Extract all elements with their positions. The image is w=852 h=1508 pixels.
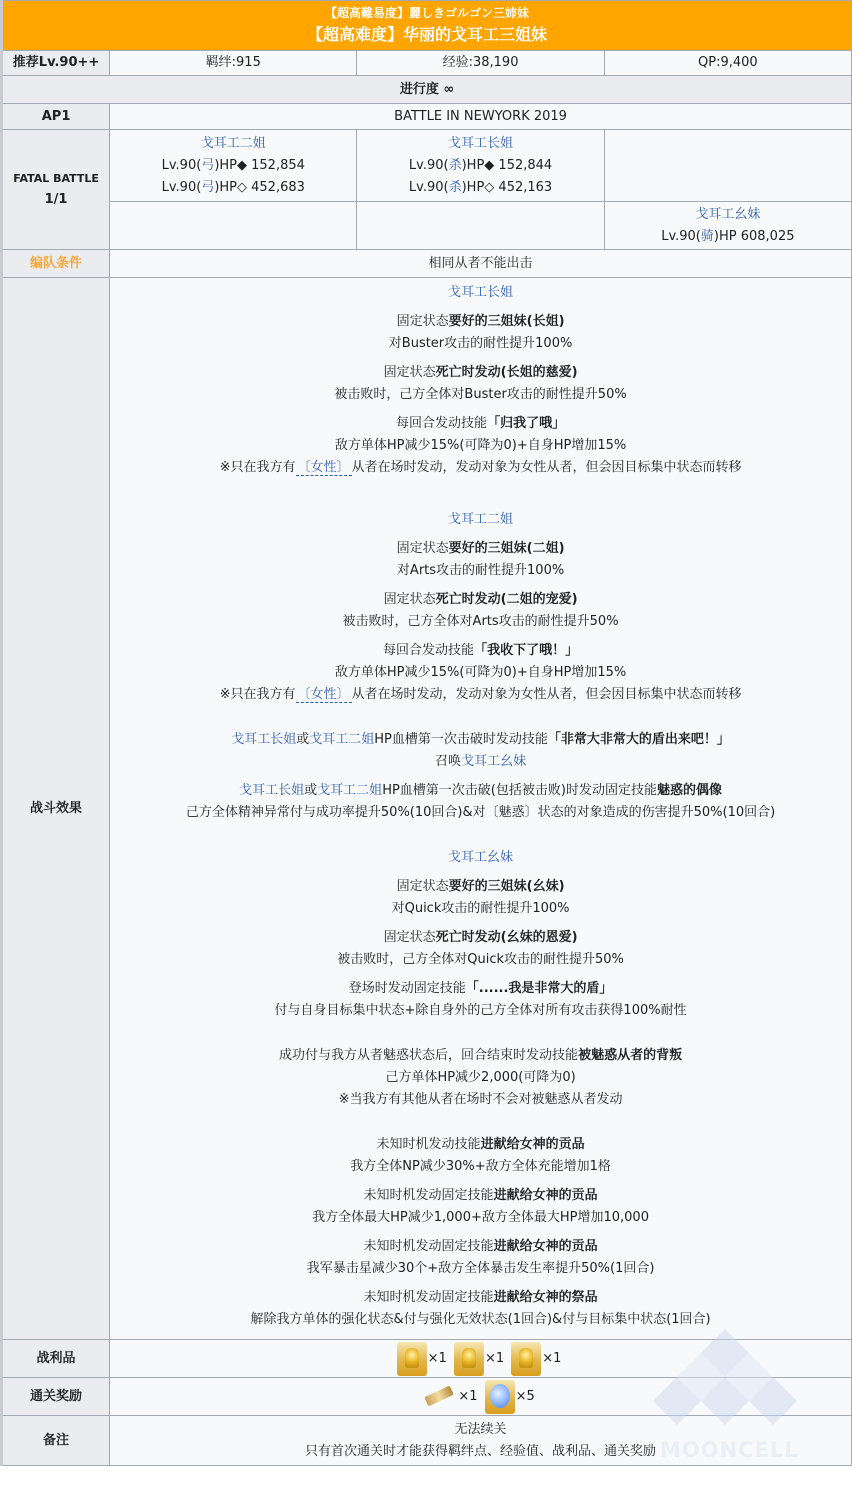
enemy-slot-empty bbox=[604, 130, 851, 202]
drops-label: 战利品 bbox=[2, 1340, 110, 1378]
skill-type: 每回合发动技能 bbox=[383, 643, 474, 658]
skill-name: 死亡时发动(长姐的慈爱) bbox=[436, 365, 578, 380]
enemy-level: Lv.90( bbox=[661, 229, 701, 244]
golden-statue-icon[interactable] bbox=[511, 1342, 541, 1376]
wave-count: 1/1 bbox=[3, 189, 109, 211]
notes-value: 无法续关 只有首次通关时才能获得羁绊点、经验值、战利品、通关奖励 bbox=[110, 1416, 852, 1466]
skill-name: 进献给女神的贡品 bbox=[481, 1137, 585, 1152]
skill-type: 固定状态 bbox=[397, 314, 449, 329]
bond-value: 羁绊:915 bbox=[110, 51, 357, 76]
class-archer-link[interactable]: 弓 bbox=[201, 158, 214, 173]
skill-desc: 我方全体NP减少30%+敌方全体充能增加1格 bbox=[110, 1156, 851, 1178]
skill-desc: 解除我方单体的强化状态&付与强化无效状态(1回合)&付与目标集中状态(1回合) bbox=[110, 1309, 851, 1331]
enemy-level: Lv.90( bbox=[409, 158, 449, 173]
drops-list: ×1 ×1 ×1 bbox=[110, 1340, 852, 1378]
exp-value: 经验:38,190 bbox=[357, 51, 604, 76]
skill-type: 登场时发动固定技能 bbox=[349, 981, 466, 996]
trait-female-link[interactable]: 〔女性〕 bbox=[296, 460, 352, 476]
rewards-list: ×1 ×5 bbox=[110, 1378, 852, 1416]
ap-cost: AP1 bbox=[2, 104, 110, 130]
skill-desc: 己方全体精神异常付与成功率提升50%(10回合)&对〔魅惑〕状态的对象造成的伤害… bbox=[110, 802, 851, 824]
note-text: ※当我方有其他从者在场时不会对被魅惑从者发动 bbox=[110, 1089, 851, 1111]
enemy-second-sister: 戈耳工二姐 Lv.90(弓)HP◆ 152,854 Lv.90(弓)HP◇ 45… bbox=[110, 130, 357, 202]
enemy-name-link[interactable]: 戈耳工长姐 bbox=[239, 783, 304, 798]
enemy-name-link[interactable]: 戈耳工长姐 bbox=[231, 732, 296, 747]
skill-desc: 召唤 bbox=[435, 754, 461, 769]
skill-type: 未知时机发动固定技能 bbox=[364, 1290, 494, 1305]
skill-name: 进献给女神的祭品 bbox=[494, 1290, 598, 1305]
skill-desc: 敌方单体HP减少15%(可降为0)+自身HP增加15% bbox=[110, 435, 851, 457]
enemy-hp: )HP 608,025 bbox=[714, 229, 795, 244]
skill-type: HP血槽第一次击破时发动技能 bbox=[374, 732, 548, 747]
trait-female-link[interactable]: 〔女性〕 bbox=[296, 687, 352, 703]
enemy-hp: )HP◆ 152,844 bbox=[462, 158, 553, 173]
rewards-label: 通关奖励 bbox=[2, 1378, 110, 1416]
skill-desc: 敌方单体HP减少15%(可降为0)+自身HP增加15% bbox=[110, 662, 851, 684]
enemy-name-link[interactable]: 戈耳工二姐 bbox=[317, 783, 382, 798]
note-text: ※只在我方有 bbox=[220, 687, 296, 702]
golden-statue-icon[interactable] bbox=[454, 1342, 484, 1376]
note-text: ※只在我方有 bbox=[220, 460, 296, 475]
skill-type: 固定状态 bbox=[384, 930, 436, 945]
note-text: 从者在场时发动，发动对象为女性从者，但会因目标集中状态而转移 bbox=[352, 460, 742, 475]
skill-name: 被魅惑从者的背叛 bbox=[578, 1048, 682, 1063]
enemy-name-link[interactable]: 戈耳工长姐 bbox=[448, 136, 513, 151]
skill-name: 「......我是非常大的盾」 bbox=[466, 981, 613, 996]
enemy-name-link[interactable]: 戈耳工幺妹 bbox=[461, 754, 526, 769]
enemy-name-link[interactable]: 戈耳工幺妹 bbox=[695, 207, 760, 222]
note-line: 只有首次通关时才能获得羁绊点、经验值、战利品、通关奖励 bbox=[110, 1441, 851, 1463]
skill-type: 未知时机发动技能 bbox=[377, 1137, 481, 1152]
skill-type: 成功付与我方从者魅惑状态后，回合结束时发动技能 bbox=[279, 1048, 578, 1063]
battle-effects: 戈耳工长姐 固定状态要好的三姐妹(长姐) 对Buster攻击的耐性提升100% … bbox=[110, 278, 852, 1340]
skill-desc: 我方全体最大HP减少1,000+敌方全体最大HP增加10,000 bbox=[110, 1207, 851, 1229]
item-count: ×1 bbox=[458, 1389, 477, 1404]
skill-name: 「非常大非常大的盾出来吧！」 bbox=[548, 732, 730, 747]
class-archer-link[interactable]: 弓 bbox=[201, 180, 214, 195]
skill-desc: 被击败时，己方全体对Buster攻击的耐性提升50% bbox=[110, 384, 851, 406]
notes-label: 备注 bbox=[2, 1416, 110, 1466]
skill-name: 进献给女神的贡品 bbox=[494, 1239, 598, 1254]
quest-title-jp: 【超高難易度】麗しきゴルゴン三姉妹 bbox=[3, 3, 851, 23]
skill-type: 每回合发动技能 bbox=[396, 416, 487, 431]
skill-type: 固定状态 bbox=[397, 541, 449, 556]
skill-type: 未知时机发动固定技能 bbox=[364, 1239, 494, 1254]
fatal-battle-label: FATAL BATTLE 1/1 bbox=[2, 130, 110, 250]
enemy-level: Lv.90( bbox=[162, 158, 202, 173]
class-assassin-link[interactable]: 杀 bbox=[449, 180, 462, 195]
skill-desc: 我军暴击星减少30个+敌方全体暴击发生率提升50%(1回合) bbox=[110, 1258, 851, 1280]
enemy-level: Lv.90( bbox=[162, 180, 202, 195]
enemy-name-link[interactable]: 戈耳工幺妹 bbox=[448, 850, 513, 865]
skill-name: 死亡时发动(幺妹的恩爱) bbox=[436, 930, 578, 945]
quest-table: 【超高難易度】麗しきゴルゴン三姉妹 【超高难度】华丽的戈耳工三姐妹 推荐Lv.9… bbox=[0, 0, 852, 1466]
battle-effects-label: 战斗效果 bbox=[2, 278, 110, 1340]
enemy-name-link[interactable]: 戈耳工二姐 bbox=[448, 512, 513, 527]
enemy-youngest-sister: 戈耳工幺妹 Lv.90(骑)HP 608,025 bbox=[604, 202, 851, 250]
formation-label: 编队条件 bbox=[2, 250, 110, 278]
quest-title-cn: 【超高难度】华丽的戈耳工三姐妹 bbox=[3, 23, 851, 47]
skill-name: 要好的三姐妹(幺妹) bbox=[449, 879, 565, 894]
recommend-level: 推荐Lv.90++ bbox=[2, 51, 110, 76]
enemy-hp: )HP◇ 452,683 bbox=[214, 180, 305, 195]
item-count: ×1 bbox=[428, 1351, 447, 1366]
skill-desc: 对Quick攻击的耐性提升100% bbox=[110, 898, 851, 920]
enemy-hp: )HP◇ 452,163 bbox=[462, 180, 553, 195]
skill-desc: 被击败时，己方全体对Quick攻击的耐性提升50% bbox=[110, 949, 851, 971]
skill-desc: 己方单体HP减少2,000(可降为0) bbox=[110, 1067, 851, 1089]
enemy-name-link[interactable]: 戈耳工长姐 bbox=[448, 285, 513, 300]
conjunction: 或 bbox=[296, 732, 309, 747]
skill-name: 要好的三姐妹(二姐) bbox=[449, 541, 565, 556]
enemy-name-link[interactable]: 戈耳工二姐 bbox=[309, 732, 374, 747]
skill-type: 未知时机发动固定技能 bbox=[364, 1188, 494, 1203]
enemy-eldest-sister: 戈耳工长姐 Lv.90(杀)HP◆ 152,844 Lv.90(杀)HP◇ 45… bbox=[357, 130, 604, 202]
crystal-orb-icon[interactable] bbox=[485, 1380, 515, 1414]
skill-name: 死亡时发动(二姐的宠爱) bbox=[436, 592, 578, 607]
skill-desc: 对Buster攻击的耐性提升100% bbox=[110, 333, 851, 355]
qp-value: QP:9,400 bbox=[604, 51, 851, 76]
conjunction: 或 bbox=[304, 783, 317, 798]
skill-type: 固定状态 bbox=[384, 592, 436, 607]
enemy-hp: )HP◆ 152,854 bbox=[214, 158, 305, 173]
item-count: ×1 bbox=[485, 1351, 504, 1366]
enemy-slot-empty bbox=[357, 202, 604, 250]
progress-row: 进行度 ∞ bbox=[2, 76, 852, 104]
skill-name: 要好的三姐妹(长姐) bbox=[449, 314, 565, 329]
battle-name: BATTLE IN NEWYORK 2019 bbox=[110, 104, 852, 130]
class-assassin-link[interactable]: 杀 bbox=[449, 158, 462, 173]
item-count: ×5 bbox=[516, 1389, 535, 1404]
skill-type: 固定状态 bbox=[384, 365, 436, 380]
skill-desc: 对Arts攻击的耐性提升100% bbox=[110, 560, 851, 582]
skill-type: 固定状态 bbox=[397, 879, 449, 894]
skill-name: 魅惑的偶像 bbox=[657, 783, 722, 798]
enemy-name-link[interactable]: 戈耳工二姐 bbox=[201, 136, 266, 151]
skill-name: 进献给女神的贡品 bbox=[494, 1188, 598, 1203]
skill-type: HP血槽第一次击破(包括被击败)时发动固定技能 bbox=[382, 783, 657, 798]
enemy-level: Lv.90( bbox=[409, 180, 449, 195]
enemy-slot-empty bbox=[110, 202, 357, 250]
gold-ingot-icon[interactable] bbox=[423, 1387, 457, 1407]
fatal-battle-title: FATAL BATTLE bbox=[3, 169, 109, 189]
golden-statue-icon[interactable] bbox=[397, 1342, 427, 1376]
note-text: 从者在场时发动，发动对象为女性从者，但会因目标集中状态而转移 bbox=[352, 687, 742, 702]
quest-header: 【超高難易度】麗しきゴルゴン三姉妹 【超高难度】华丽的戈耳工三姐妹 bbox=[2, 1, 852, 51]
item-count: ×1 bbox=[542, 1351, 561, 1366]
skill-name: 「归我了哦」 bbox=[487, 416, 565, 431]
formation-value: 相同从者不能出击 bbox=[110, 250, 852, 278]
skill-name: 「我收下了哦！」 bbox=[474, 643, 578, 658]
skill-desc: 被击败时，己方全体对Arts攻击的耐性提升50% bbox=[110, 611, 851, 633]
skill-desc: 付与自身目标集中状态+除自身外的己方全体对所有攻击获得100%耐性 bbox=[110, 1000, 851, 1022]
note-line: 无法续关 bbox=[110, 1419, 851, 1441]
class-rider-link[interactable]: 骑 bbox=[701, 229, 714, 244]
